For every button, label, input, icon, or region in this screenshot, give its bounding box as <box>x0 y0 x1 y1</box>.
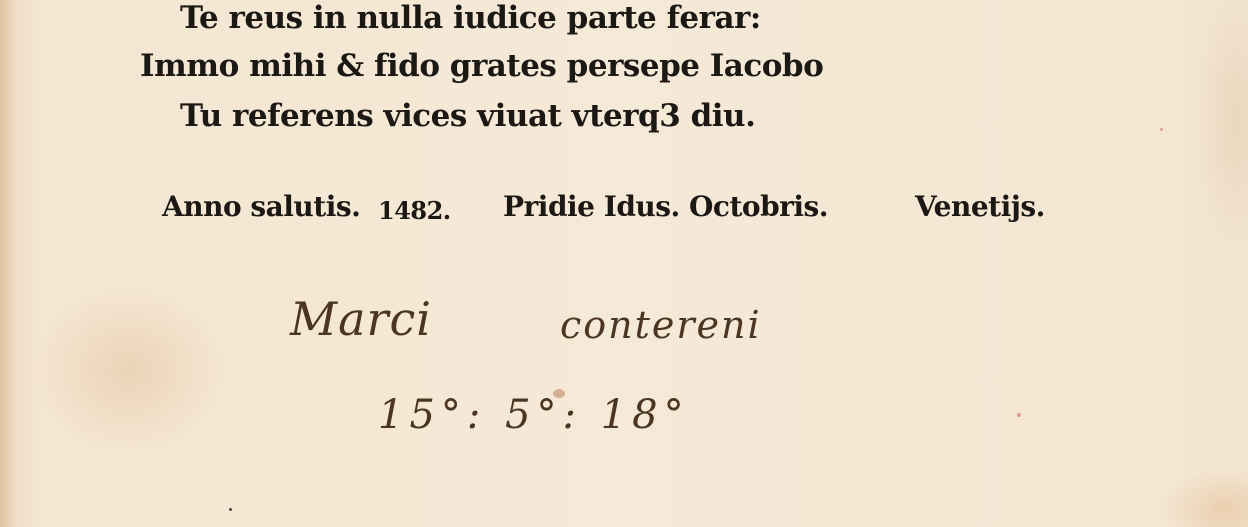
verse-line-1: Te reus in nulla iudice parte ferar: <box>180 0 761 40</box>
manuscript-date: 15°: 5°: 18° <box>378 392 690 438</box>
foxing-spot <box>229 508 232 511</box>
manuscript-word-contereni: contereni <box>560 303 762 347</box>
colophon-year: 1482. <box>378 196 451 225</box>
colophon-place: Venetijs. <box>915 190 1045 223</box>
verse-line-2: Immo mihi & fido grates persepe Iacobo <box>140 44 823 88</box>
document-page: Te reus in nulla iudice parte ferar: Imm… <box>0 0 1248 527</box>
verse-line-3: Tu referens vices viuat vterq3 diu. <box>180 94 755 138</box>
foxing-spot <box>1160 128 1163 131</box>
ink-blot <box>553 389 565 398</box>
colophon-date: Pridie Idus. Octobris. <box>503 190 828 223</box>
colophon-anno: Anno salutis. <box>162 190 360 223</box>
manuscript-word-marci: Marci <box>290 292 432 346</box>
foxing-spot <box>1017 413 1021 417</box>
page-edge-shadow <box>0 0 14 527</box>
